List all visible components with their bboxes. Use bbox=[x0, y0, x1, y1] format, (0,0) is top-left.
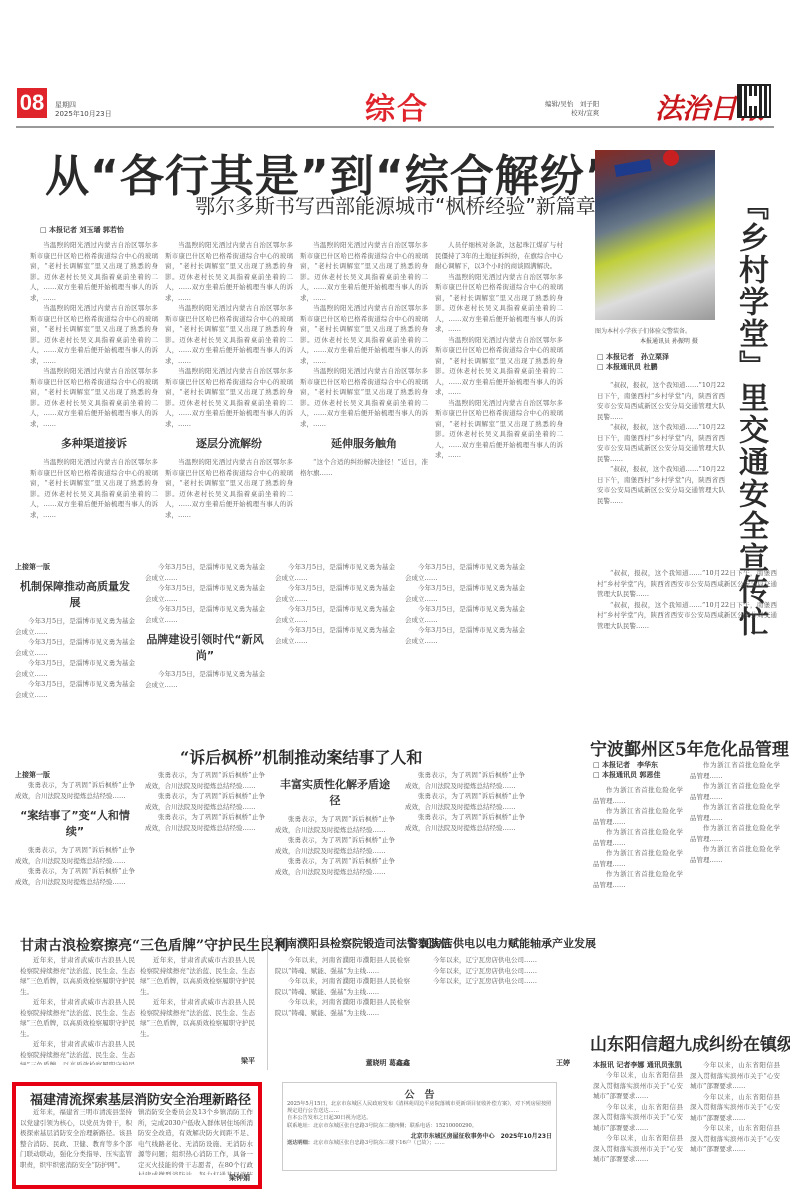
lead-subtitle-channels: 多种渠道接诉 bbox=[30, 435, 158, 451]
notice-delivery-label: 送达明细： bbox=[287, 1140, 313, 1146]
jump-label-2: 上接第一版 bbox=[15, 770, 135, 780]
jump-label: 上接第一版 bbox=[15, 562, 135, 572]
ningbo-title: 宁波鄞州区5年危化品管理“零事故” bbox=[590, 735, 790, 760]
photo-credit: 本报通讯员 孙振明 摄 bbox=[640, 336, 698, 345]
brief-puyang-author: 董晓明 葛鑫鑫 bbox=[330, 1058, 410, 1068]
sidebar-byline-2: □ 本报通讯员 杜鹏 bbox=[597, 362, 658, 372]
continued-2-col-4: 张勇表示，为了巩固“诉后枫桥”止争成效，合川法院及时提炼总结经验……张勇表示，为… bbox=[405, 770, 525, 925]
sidebar-text-2: “叔叔，报叔，这个我知道……”10月22日下午，南堡西村“乡村学堂”内，陕西省西… bbox=[597, 568, 777, 668]
ningbo-byline-1: □ 本报记者 李华东 bbox=[593, 760, 658, 770]
editors-credit: 编辑/吴怡 刘子阳 校对/宜爽 bbox=[545, 100, 599, 118]
continued-2-col-1: 上接第一版 张勇表示，为了巩固“诉后枫桥”止争成效，合川法院及时提炼总结经验……… bbox=[15, 770, 135, 925]
date-block: 星期四 2025年10月23日 bbox=[55, 101, 112, 119]
continued-1-col-4: 今年3月5日，是淄博市见义勇为基金会成立……今年3月5日，是淄博市见义勇为基金会… bbox=[405, 562, 525, 732]
village-sign-icon bbox=[614, 159, 652, 177]
lead-byline: □ 本报记者 刘玉璠 郭若怡 bbox=[40, 225, 124, 235]
brief-wafangdian-text: 今年以来，辽宁瓦房店供电公司……今年以来，辽宁瓦房店供电公司……今年以来，辽宁瓦… bbox=[420, 955, 570, 1055]
continued-2-col-3: 丰富实质性化解矛盾途径 张勇表示，为了巩固“诉后枫桥”止争成效，合川法院及时提炼… bbox=[275, 770, 395, 925]
lead-column-3: 当温煦的阳光洒过内蒙古自治区鄂尔多斯市康巴什区哈巴格希街道综合中心的玻璃窗，“老… bbox=[300, 240, 428, 565]
red-lantern-icon bbox=[663, 150, 679, 166]
ningbo-col-1: 作为浙江省首批危险化学品管理……作为浙江省首批危险化学品管理……作为浙江省首批危… bbox=[593, 785, 683, 1000]
police-children-photo bbox=[595, 150, 715, 320]
continued-2-subtitle-2: 丰富实质性化解矛盾途径 bbox=[275, 776, 395, 808]
header-divider bbox=[16, 126, 774, 128]
notice-deadline: 自本公告发布之日起30日视为送达。 bbox=[287, 1115, 552, 1122]
notice-delivery: 北京市东城区张自忠路3号院东三楼下16户（已故）；…… bbox=[313, 1140, 445, 1146]
brief-puyang-text: 今年以来，河南省濮阳市濮阳县人民检察院以“铸魂、赋能、强基”为主线……今年以来，… bbox=[275, 955, 410, 1055]
brief-gulang-title: 甘肃古浪检察擦亮“三色盾牌”守护民生民利 bbox=[20, 935, 288, 955]
brief-gulang-col-2: 近年来，甘肃省武威市古浪县人民检察院持续擦亮“法治蓝、民生金、生态绿”三色盾牌，… bbox=[140, 955, 255, 1055]
lead-column-4: 人员仔细核对条款，这起珠江煤矿与村民僵持了3年的土地征拆纠纷，在旗综合中心耐心调… bbox=[435, 240, 563, 565]
continued-2-col-2: 张勇表示，为了巩固“诉后枫桥”止争成效，合川法院及时提炼总结经验……张勇表示，为… bbox=[145, 770, 265, 925]
continued-1-subtitle: 机制保障推动高质量发展 bbox=[15, 578, 135, 610]
shandong-col-1: 本报讯 记者李娜 通讯员张凯 今年以来，山东省阳信县深入贯彻落实滨州市关于“心安… bbox=[593, 1060, 683, 1190]
shandong-title: 山东阳信超九成纠纷在镇级以下化解 bbox=[590, 1030, 790, 1055]
ningbo-col-2: 作为浙江省首批危险化学品管理……作为浙江省首批危险化学品管理……作为浙江省首批危… bbox=[690, 760, 780, 1000]
photo-caption: 图为本村小学孩子们体验交警装备。 bbox=[595, 326, 715, 335]
lead-column-1: 当温煦的阳光洒过内蒙古自治区鄂尔多斯市康巴什区哈巴格希街道综合中心的玻璃窗，“老… bbox=[30, 240, 158, 565]
continued-1-col-3: 今年3月5日，是淄博市见义勇为基金会成立……今年3月5日，是淄博市见义勇为基金会… bbox=[275, 562, 395, 732]
lead-subtitle-diversion: 逐层分流解纷 bbox=[165, 435, 293, 451]
continued-1-col-2: 今年3月5日，是淄博市见义勇为基金会成立……今年3月5日，是淄博市见义勇为基金会… bbox=[145, 562, 265, 732]
brief-qingliu-col-2: 镇消防安全委员会及13个乡镇消防工作所，完成2030户低收入群体居住场所消防安全… bbox=[138, 1107, 253, 1175]
weekday: 星期四 bbox=[55, 101, 112, 110]
shandong-col-2: 今年以来，山东省阳信县深入贯彻落实滨州市关于“心安城市”部署要求……今年以来，山… bbox=[690, 1060, 780, 1190]
brief-qingliu-author: 梁钟娟 bbox=[200, 1173, 250, 1183]
lead-column-2: 当温煦的阳光洒过内蒙古自治区鄂尔多斯市康巴什区哈巴格希街道综合中心的玻璃窗，“老… bbox=[165, 240, 293, 565]
brief-wafangdian-author: 王婷 bbox=[520, 1058, 570, 1068]
lead-subtitle-extend: 延伸服务触角 bbox=[300, 435, 428, 451]
editors: 编辑/吴怡 刘子阳 bbox=[545, 100, 599, 109]
qr-code-icon[interactable] bbox=[737, 84, 771, 118]
shandong-byline: 本报讯 记者李娜 通讯员张凯 bbox=[593, 1060, 683, 1070]
notice-body: 2025年5月15日，北京市东城区人民政府发布《清林苑周边平房院落城市更新项目征… bbox=[287, 1101, 552, 1115]
brief-qingliu-col-1: 近年来，福建省三明市清流县坚持以党建引领为核心，以党员为骨干，积极探索基层消防安… bbox=[20, 1107, 132, 1182]
ningbo-byline-2: □ 本报通讯员 郭恩佳 bbox=[593, 770, 661, 780]
continued-2-title: “诉后枫桥”机制推动案结事了人和 bbox=[180, 745, 422, 768]
column-divider bbox=[267, 935, 268, 1070]
sidebar-byline-1: □ 本报记者 孙立栗泽 bbox=[597, 352, 669, 362]
continued-2-subtitle-1: “案结事了”变“人和情续” bbox=[15, 807, 135, 839]
continued-1-col-1: 上接第一版 机制保障推动高质量发展 今年3月5日，是淄博市见义勇为基金会成立……… bbox=[15, 562, 135, 732]
sidebar-text-1: “叔叔，报叔，这个我知道……”10月22日下午，南堡西村“乡村学堂”内，陕西省西… bbox=[597, 380, 725, 565]
brief-wafangdian-title: 瓦房店供电以电力赋能轴承产业发展 bbox=[420, 935, 596, 951]
notice-org: 北京市东城区房屋征收事务中心 2025年10月23日 bbox=[287, 1131, 552, 1140]
lead-subheadline: 鄂尔多斯书写西部能源城市“枫桥经验”新篇章 bbox=[195, 190, 596, 219]
page-number: 08 bbox=[17, 88, 47, 118]
brief-gulang-col-1: 近年来，甘肃省武威市古浪县人民检察院持续擦亮“法治蓝、民生金、生态绿”三色盾牌，… bbox=[20, 955, 135, 1065]
notice-title: 公 告 bbox=[287, 1086, 552, 1101]
notice-contact: 联系地址：北京市东城区张自忠路3号院东二楼西侧；联系电话：15210000290… bbox=[287, 1123, 552, 1130]
brief-gulang-author: 梁平 bbox=[210, 1056, 255, 1066]
section-title: 综合 bbox=[365, 84, 429, 128]
brief-qingliu-title: 福建清流探索基层消防安全治理新路径 bbox=[30, 1089, 251, 1108]
issue-date: 2025年10月23日 bbox=[55, 110, 112, 119]
continued-1-subtitle-2: 品牌建设引领时代“新风尚” bbox=[145, 631, 265, 663]
public-notice: 公 告 2025年5月15日，北京市东城区人民政府发布《清林苑周边平房院落城市更… bbox=[282, 1082, 557, 1171]
proofreader: 校对/宜爽 bbox=[545, 109, 599, 118]
